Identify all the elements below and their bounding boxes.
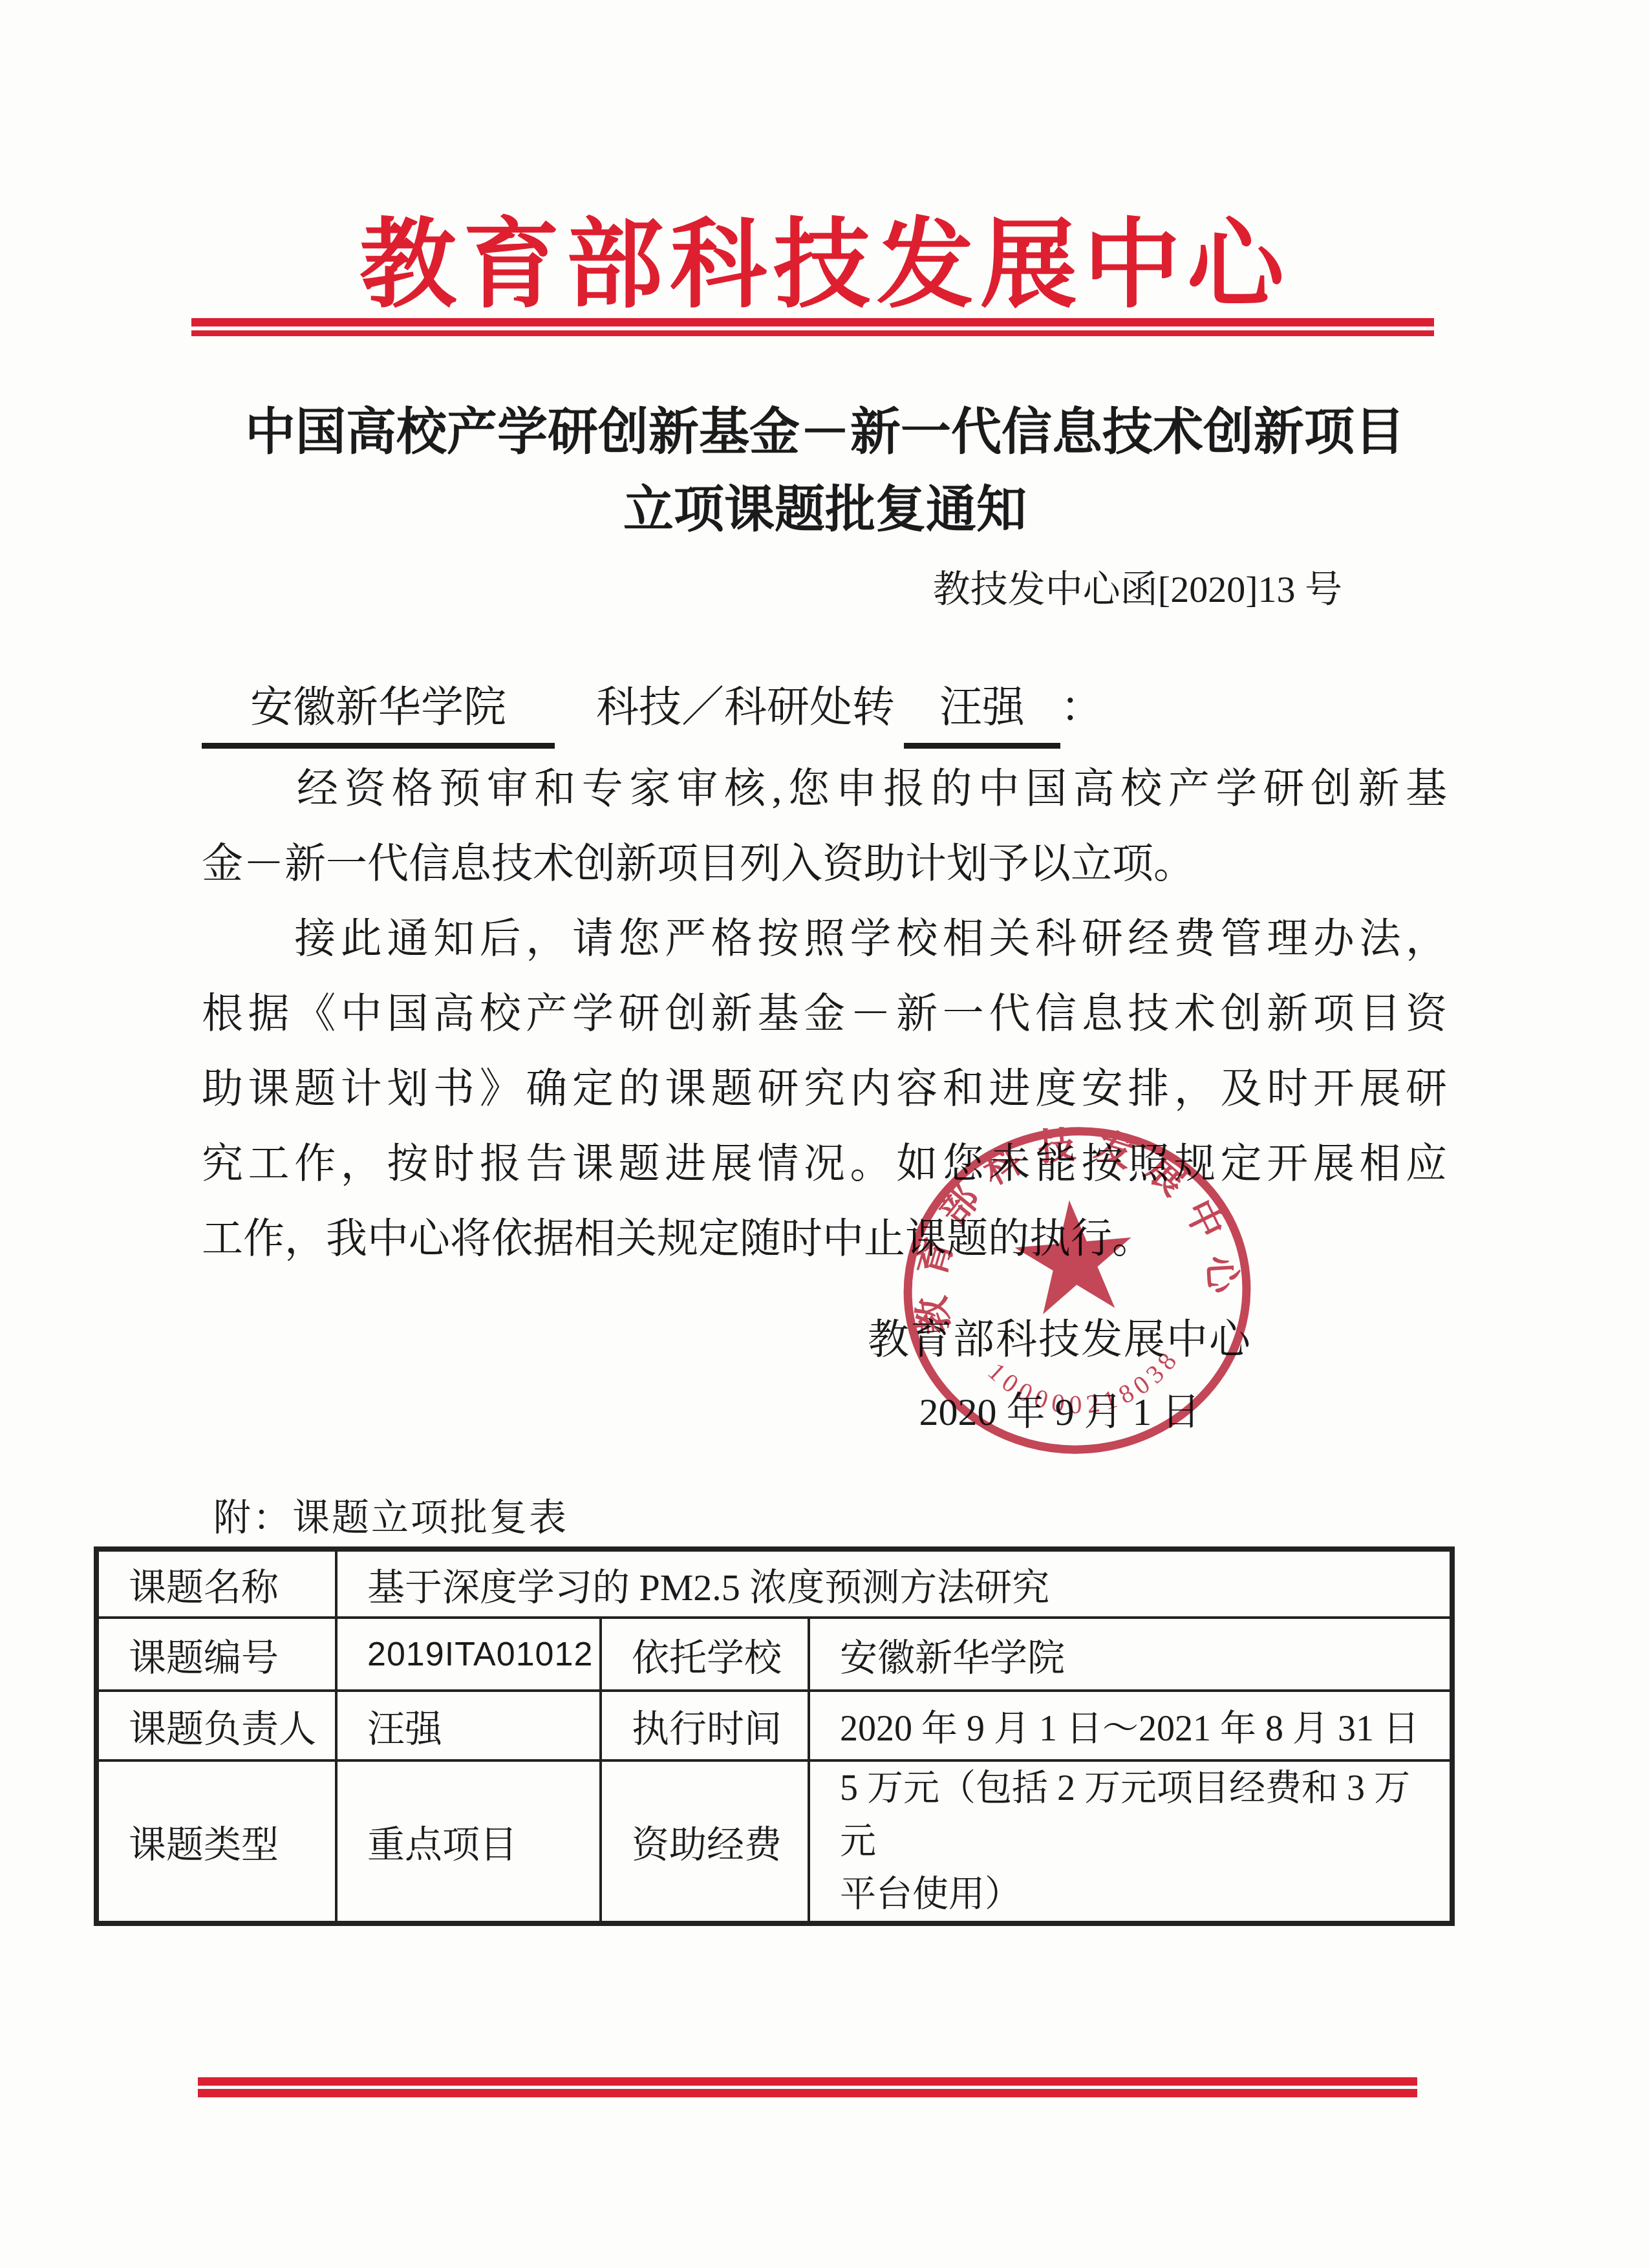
table-cell-label-project-type: 课题类型 [96, 1760, 336, 1923]
body-line: 助课题计划书》确定的课题研究内容和进度安排，及时开展研 [202, 1051, 1447, 1126]
table-row: 课题负责人 汪强 执行时间 2020 年 9 月 1 日～2021 年 8 月 … [96, 1691, 1452, 1760]
stamp-star-icon [1011, 1195, 1137, 1316]
table-cell-label-project-leader: 课题负责人 [96, 1691, 336, 1760]
letterhead-rule-thick [191, 318, 1434, 326]
document-title-line-2: 立项课题批复通知 [0, 469, 1650, 542]
attachment-note: 附：课题立项批复表 [213, 1487, 568, 1541]
funding-line-1: 5 万元（包括 2 万元项目经费和 3 万元 [840, 1762, 1443, 1868]
letterhead-title: 教育部科技发展中心 [0, 186, 1650, 326]
table-cell-label-project-name: 课题名称 [96, 1549, 336, 1618]
footer-rule-bottom [198, 2089, 1417, 2097]
letterhead-rule-thin [191, 330, 1434, 336]
salutation-middle-text: 科技／科研处转 [596, 684, 895, 731]
salutation-colon: ： [1060, 684, 1103, 731]
table-cell-label-project-id: 课题编号 [96, 1618, 336, 1691]
scanned-official-letter: 教育部科技发展中心 中国高校产学研创新基金－新一代信息技术创新项目 立项课题批复… [0, 0, 1650, 2268]
table-cell-value-execution-time: 2020 年 9 月 1 日～2021 年 8 月 31 日 [809, 1691, 1452, 1760]
table-cell-value-project-leader: 汪强 [336, 1691, 601, 1760]
letter-body: 经资格预审和专家审核,您申报的中国高校产学研创新基 金－新一代信息技术创新项目列… [202, 751, 1447, 1276]
salutation-line: 安徽新华学院科技／科研处转汪强： [202, 672, 1103, 749]
table-cell-value-project-id: 2019ITA01012 [336, 1618, 601, 1691]
body-line: 究工作，按时报告课题进展情况。如您未能按照规定开展相应 [202, 1126, 1447, 1201]
table-row: 课题编号 2019ITA01012 依托学校 安徽新华学院 [96, 1618, 1452, 1691]
body-line: 工作，我中心将依据相关规定随时中止课题的执行。 [202, 1201, 1447, 1276]
document-number: 教技发中心函[2020]13 号 [933, 559, 1342, 613]
body-line: 接此通知后，请您严格按照学校相关科研经费管理办法， [202, 901, 1447, 976]
table-cell-label-execution-time: 执行时间 [601, 1691, 809, 1760]
table-cell-value-funding: 5 万元（包括 2 万元项目经费和 3 万元 平台使用） [809, 1760, 1452, 1923]
table-row: 课题名称 基于深度学习的 PM2.5 浓度预测方法研究 [96, 1549, 1452, 1618]
funding-line-2: 平台使用） [840, 1868, 1443, 1921]
table-cell-value-host-school: 安徽新华学院 [809, 1618, 1452, 1691]
official-stamp: 教育部科技发展中心 100000218038 [882, 1107, 1272, 1474]
table-cell-value-project-name: 基于深度学习的 PM2.5 浓度预测方法研究 [336, 1549, 1452, 1618]
svg-text:100000218038: 100000218038 [981, 1341, 1190, 1428]
document-title-line-1: 中国高校产学研创新基金－新一代信息技术创新项目 [0, 392, 1650, 464]
table-cell-label-funding: 资助经费 [601, 1760, 809, 1923]
table-cell-value-project-type: 重点项目 [336, 1760, 601, 1923]
table-row: 课题类型 重点项目 资助经费 5 万元（包括 2 万元项目经费和 3 万元 平台… [96, 1760, 1452, 1923]
footer-rule-top [198, 2077, 1417, 2086]
body-line: 经资格预审和专家审核,您申报的中国高校产学研创新基 [202, 751, 1447, 826]
body-line: 根据《中国高校产学研创新基金－新一代信息技术创新项目资 [202, 976, 1447, 1051]
body-line: 金－新一代信息技术创新项目列入资助计划予以立项。 [202, 826, 1447, 901]
school-name-underlined: 安徽新华学院 [202, 672, 555, 749]
stamp-serial-number: 100000218038 [981, 1341, 1190, 1428]
table-cell-label-host-school: 依托学校 [601, 1618, 809, 1691]
approval-table: 课题名称 基于深度学习的 PM2.5 浓度预测方法研究 课题编号 2019ITA… [94, 1546, 1455, 1926]
recipient-name-underlined: 汪强 [904, 672, 1060, 749]
